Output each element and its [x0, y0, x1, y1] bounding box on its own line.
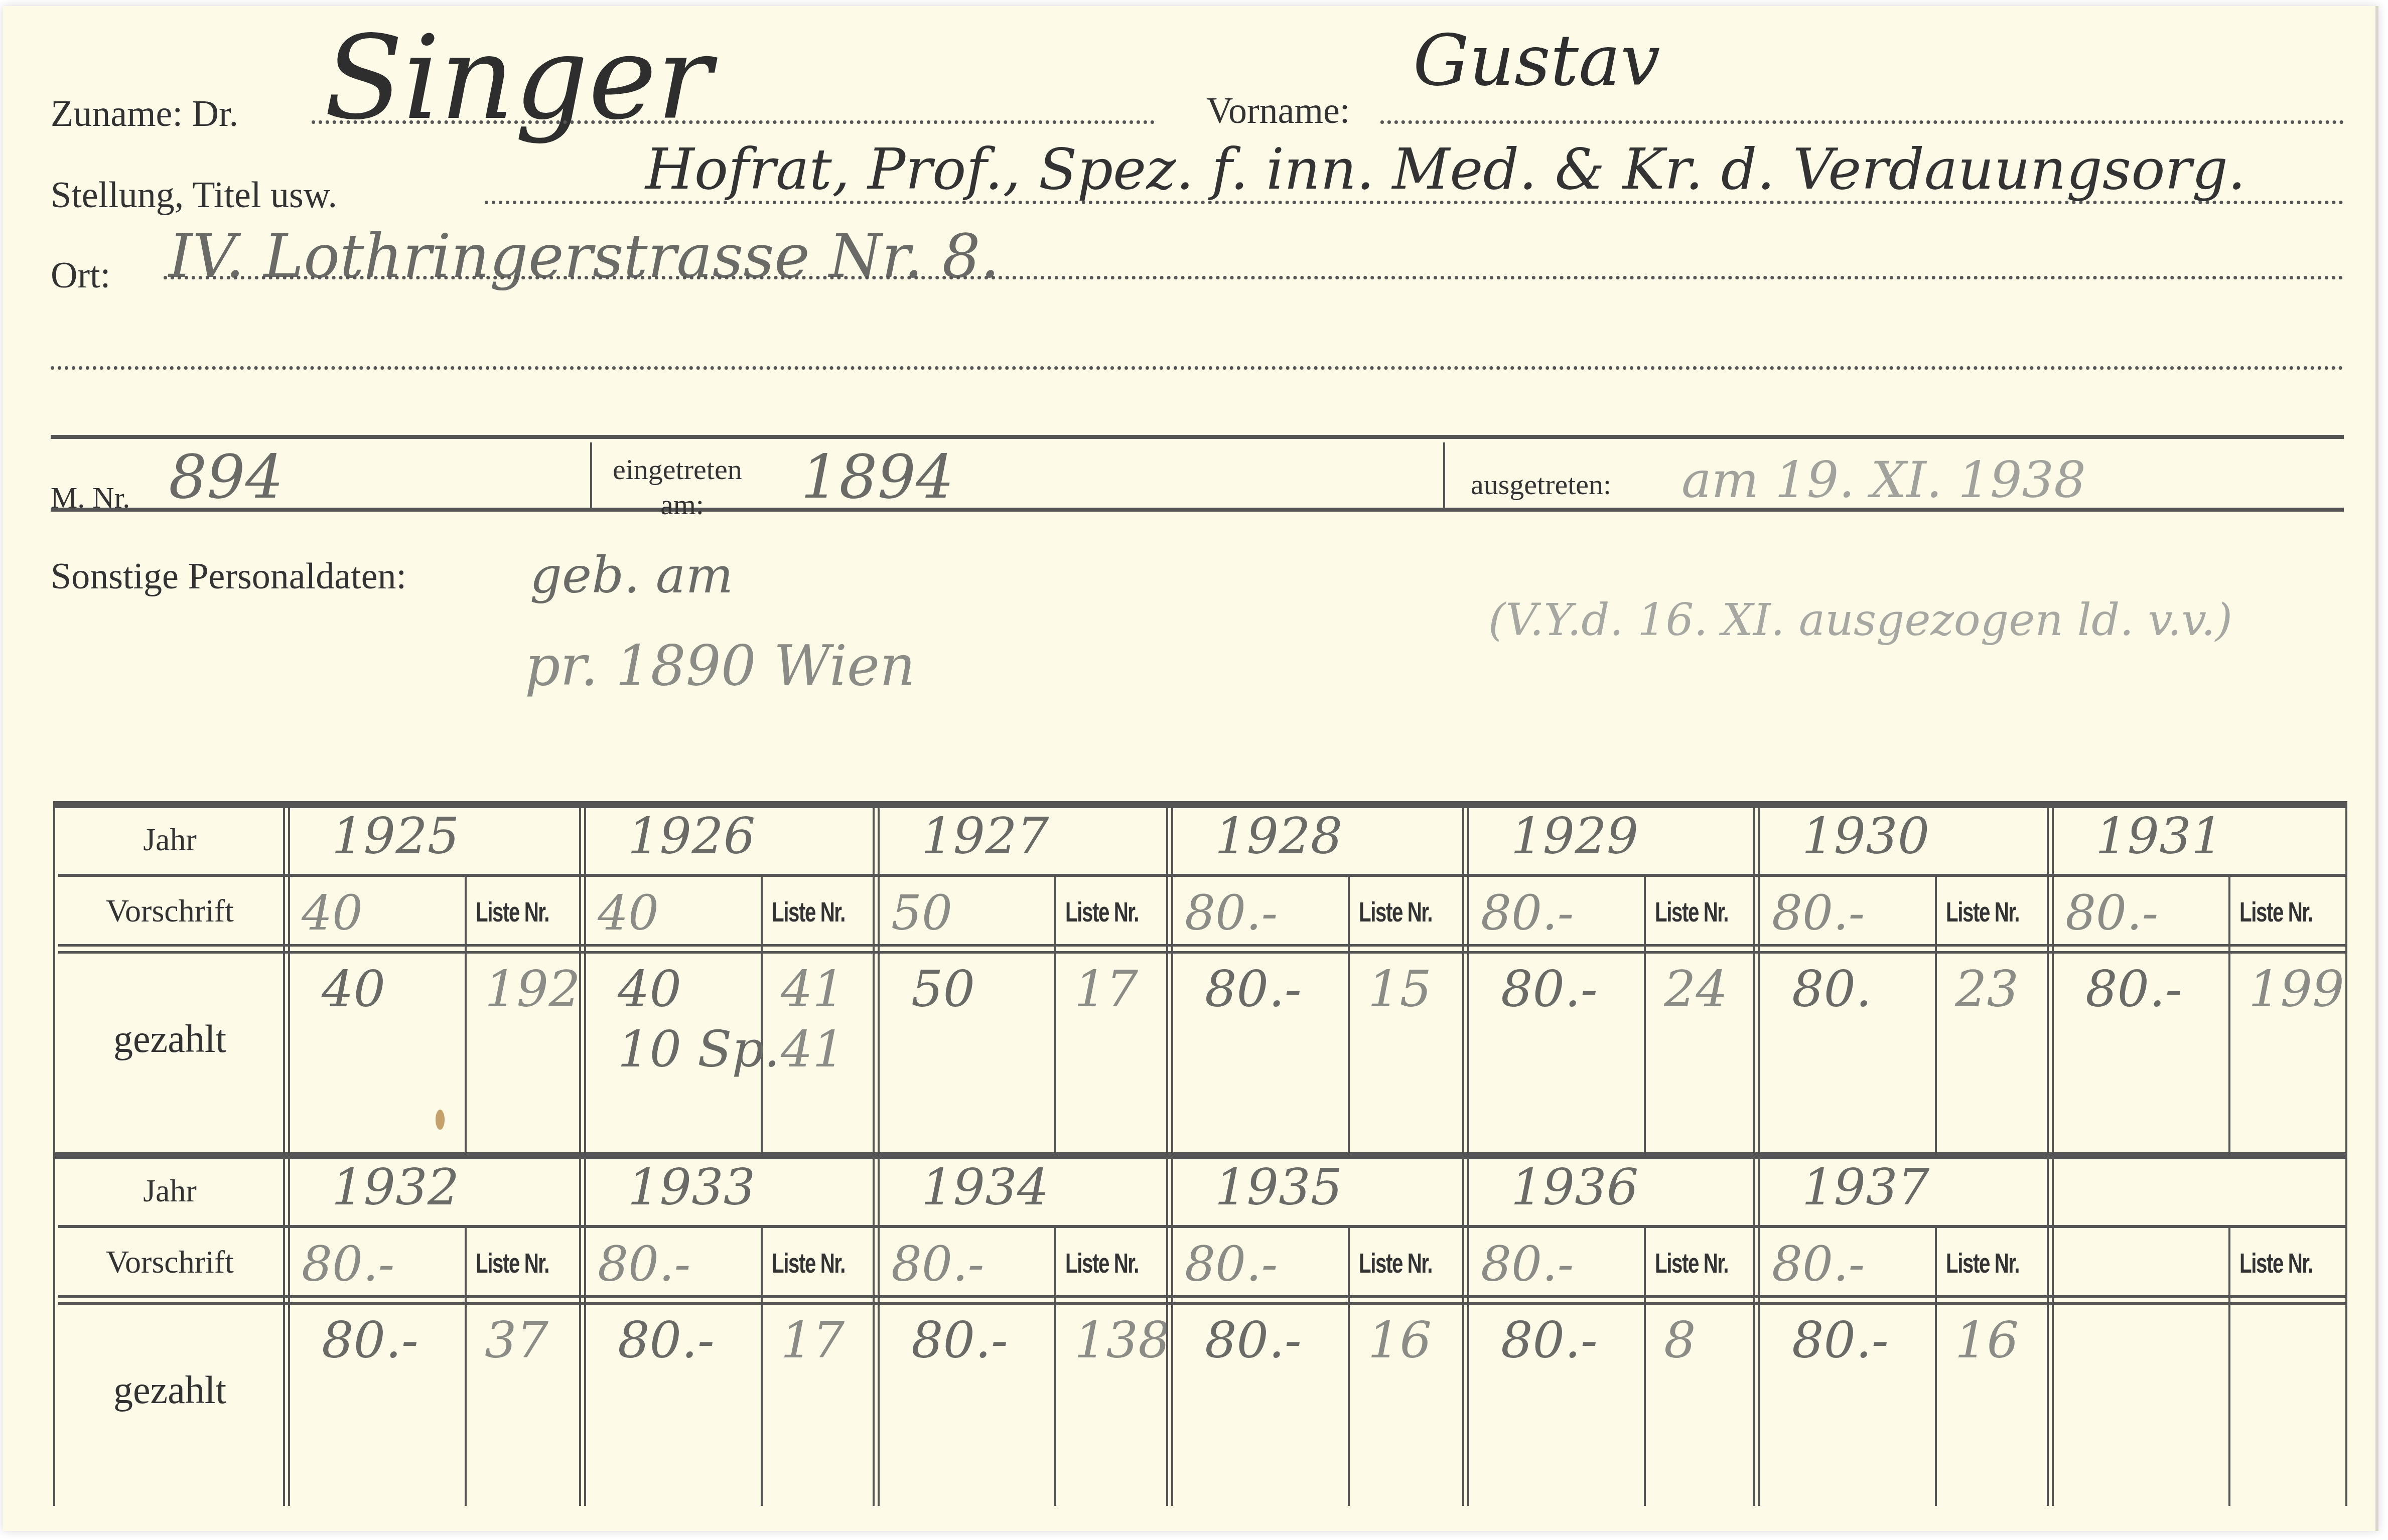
row-label-gezahlt: gezahlt: [53, 1019, 287, 1058]
liste-nr-label: Liste Nr.: [1655, 898, 1728, 926]
year-value: 1931: [2095, 811, 2223, 861]
vorschrift-value: 80.-: [1185, 1240, 1278, 1288]
liste-nr-value: 138: [1074, 1315, 1170, 1365]
year-value: 1926: [628, 811, 756, 861]
year-divider: [873, 801, 880, 1155]
year-value: 1930: [1802, 811, 1930, 861]
liste-divider: [761, 1225, 763, 1506]
year-divider: [1166, 1152, 1173, 1506]
eingetreten-label: eingetreten: [613, 455, 742, 484]
vorname-value: Gustav: [1413, 26, 1660, 96]
ausgetreten-value: am 19. XI. 1938: [1681, 455, 2086, 505]
liste-divider: [465, 1225, 467, 1506]
zuname-value: Singer: [324, 21, 712, 136]
liste-divider: [2228, 1225, 2230, 1506]
vorschrift-value: 80.-: [1772, 1240, 1865, 1288]
stellung-label: Stellung, Titel usw.: [51, 177, 337, 214]
vorschrift-value: 50: [891, 889, 952, 937]
vorschrift-value: 40: [302, 889, 363, 937]
year-value: 1937: [1802, 1162, 1930, 1212]
rule-top: [51, 435, 2344, 439]
liste-nr-value: 37: [485, 1315, 548, 1365]
liste-nr-value: 199: [2249, 964, 2344, 1014]
liste-nr-value: 192: [485, 964, 581, 1014]
liste-nr-label: Liste Nr.: [1359, 898, 1432, 926]
table-right-border: [2345, 801, 2347, 1155]
liste-nr-value: 41: [781, 964, 845, 1014]
row-label-jahr: Jahr: [53, 824, 287, 856]
year-divider: [2047, 801, 2054, 1155]
liste-nr-label: Liste Nr.: [772, 898, 845, 926]
row-label-jahr: Jahr: [53, 1175, 287, 1207]
gezahlt-value: 80.-: [1205, 964, 1302, 1014]
liste-nr-label: Liste Nr.: [476, 898, 549, 926]
divider: [590, 442, 592, 508]
liste-divider: [761, 874, 763, 1155]
liste-divider: [1644, 1225, 1646, 1506]
blank-dotted-line: [51, 366, 2344, 370]
liste-nr-value: 41: [781, 1024, 845, 1074]
row-rule: [58, 874, 2345, 877]
row-label-vorschrift: Vorschrift: [53, 1246, 287, 1278]
year-divider: [1462, 801, 1469, 1155]
year-value: 1934: [921, 1162, 1049, 1212]
zuname-dotted-line: [312, 120, 1155, 124]
liste-divider: [1348, 874, 1350, 1155]
liste-divider: [1644, 874, 1646, 1155]
liste-nr-label: Liste Nr.: [1065, 898, 1139, 926]
liste-divider: [465, 874, 467, 1155]
stellung-value: Hofrat, Prof., Spez. f. inn. Med. & Kr. …: [645, 141, 2245, 198]
stain-mark: [436, 1110, 445, 1130]
year-value: 1933: [628, 1162, 756, 1212]
year-divider: [283, 801, 290, 1155]
vorschrift-value: 80.-: [891, 1240, 984, 1288]
row-rule: [58, 1302, 2345, 1305]
mnr-label: M. Nr.: [51, 483, 130, 513]
year-value: 1927: [921, 811, 1049, 861]
gezahlt-value: 80.-: [1501, 1315, 1598, 1365]
year-divider: [283, 1152, 290, 1506]
liste-divider: [1054, 874, 1056, 1155]
gezahlt-value: 40: [322, 964, 385, 1014]
row-rule: [58, 1295, 2345, 1298]
vorschrift-value: 80.-: [1481, 889, 1574, 937]
year-value: 1936: [1511, 1162, 1639, 1212]
ort-label: Ort:: [51, 257, 110, 294]
liste-nr-label: Liste Nr.: [1359, 1249, 1432, 1277]
year-value: 1928: [1215, 811, 1343, 861]
vorname-dotted-line: [1380, 120, 2344, 124]
year-divider: [1753, 801, 1760, 1155]
liste-nr-value: 24: [1664, 964, 1728, 1014]
row-rule: [58, 951, 2345, 954]
gezahlt-value: 80.-: [322, 1315, 418, 1365]
liste-divider: [1935, 874, 1937, 1155]
liste-nr-value: 8: [1664, 1315, 1696, 1365]
table-right-border: [2345, 1152, 2347, 1506]
liste-nr-label: Liste Nr.: [476, 1249, 549, 1277]
liste-divider: [1348, 1225, 1350, 1506]
liste-divider: [1054, 1225, 1056, 1506]
year-divider: [579, 801, 586, 1155]
divider: [1443, 442, 1445, 508]
liste-nr-value: 16: [1368, 1315, 1432, 1365]
ausgetreten-label: ausgetreten:: [1471, 470, 1611, 499]
liste-nr-value: 15: [1368, 964, 1432, 1014]
liste-nr-label: Liste Nr.: [2239, 1249, 2313, 1277]
row-rule: [58, 1225, 2345, 1228]
eingetreten-am-label: am:: [660, 490, 704, 519]
eingetreten-value: 1894: [801, 447, 954, 508]
vorschrift-value: 80.-: [1481, 1240, 1574, 1288]
gezahlt-value: 10 Sp.: [618, 1024, 780, 1074]
gezahlt-value: 80.-: [1501, 964, 1598, 1014]
year-divider: [873, 1152, 880, 1506]
gezahlt-value: 80.-: [1792, 1315, 1889, 1365]
liste-divider: [2228, 874, 2230, 1155]
ort-dotted-line: [164, 276, 2344, 279]
year-divider: [579, 1152, 586, 1506]
personal-note: (V.Y.d. 16. XI. ausgezogen ld. v.v.): [1488, 598, 2232, 642]
member-index-card: Zuname: Dr. Singer Vorname: Gustav Stell…: [3, 6, 2378, 1531]
liste-nr-label: Liste Nr.: [1065, 1249, 1139, 1277]
year-value: 1935: [1215, 1162, 1343, 1212]
vorschrift-value: 80.-: [1185, 889, 1278, 937]
stellung-dotted-line: [485, 201, 2344, 204]
liste-nr-label: Liste Nr.: [772, 1249, 845, 1277]
vorschrift-value: 40: [598, 889, 659, 937]
gezahlt-value: 80.-: [911, 1315, 1008, 1365]
year-value: 1925: [332, 811, 460, 861]
gezahlt-value: 80.-: [618, 1315, 715, 1365]
gezahlt-value: 80.: [1792, 964, 1872, 1014]
gezahlt-value: 50: [911, 964, 975, 1014]
row-rule: [58, 944, 2345, 947]
liste-nr-value: 23: [1955, 964, 2019, 1014]
year-divider: [1462, 1152, 1469, 1506]
liste-nr-label: Liste Nr.: [1946, 898, 2019, 926]
liste-nr-label: Liste Nr.: [1946, 1249, 2019, 1277]
personal-line-2: pr. 1890 Wien: [525, 638, 915, 693]
zuname-label: Zuname: Dr.: [51, 95, 238, 132]
liste-divider: [1935, 1225, 1937, 1506]
gezahlt-value: 40: [618, 964, 681, 1014]
personal-line-1: geb. am: [530, 550, 733, 600]
vorname-label: Vorname:: [1206, 92, 1350, 129]
personal-label: Sonstige Personaldaten:: [51, 558, 406, 595]
liste-nr-value: 17: [1074, 964, 1138, 1014]
vorschrift-value: 80.-: [598, 1240, 690, 1288]
liste-nr-label: Liste Nr.: [2239, 898, 2313, 926]
vorschrift-value: 80.-: [1772, 889, 1865, 937]
year-value: 1932: [332, 1162, 460, 1212]
gezahlt-value: 80.-: [2085, 964, 2182, 1014]
year-divider: [2047, 1152, 2054, 1506]
vorschrift-value: 80.-: [2065, 889, 2158, 937]
liste-nr-value: 17: [781, 1315, 845, 1365]
mnr-value: 894: [169, 447, 284, 508]
liste-nr-label: Liste Nr.: [1655, 1249, 1728, 1277]
row-label-vorschrift: Vorschrift: [53, 895, 287, 927]
gezahlt-value: 80.-: [1205, 1315, 1302, 1365]
year-value: 1929: [1511, 811, 1639, 861]
vorschrift-value: 80.-: [302, 1240, 394, 1288]
year-divider: [1753, 1152, 1760, 1506]
liste-nr-value: 16: [1955, 1315, 2019, 1365]
row-label-gezahlt: gezahlt: [53, 1370, 287, 1410]
year-divider: [1166, 801, 1173, 1155]
